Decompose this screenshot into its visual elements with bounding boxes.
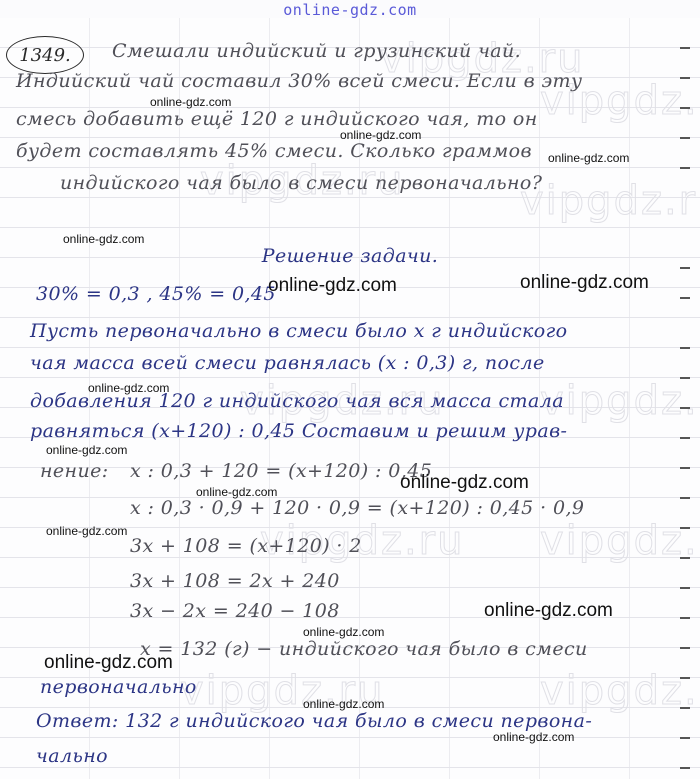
- problem-line: Индийский чай составил 30% всей смеси. Е…: [16, 70, 660, 92]
- watermark: online-gdz.com: [63, 232, 144, 246]
- answer-line: Ответ: 132 г индийского чая было в смеси…: [36, 710, 660, 732]
- equation-line: 3x + 108 = 2x + 240: [130, 570, 660, 592]
- watermark: online-gdz.com: [520, 272, 649, 294]
- problem-line: смесь добавить ещё 120 г индийского чая,…: [16, 108, 660, 130]
- watermark: online-gdz.com: [548, 151, 629, 165]
- watermark: online-gdz.com: [303, 697, 384, 711]
- equation-line: первоначально: [40, 676, 660, 698]
- equation-line: 3x + 108 = (x+120) · 2: [130, 535, 660, 557]
- solution-line: равняться (x+120) : 0,45 Составим и реши…: [30, 420, 660, 442]
- watermark: online-gdz.com: [303, 625, 384, 639]
- watermark: online-gdz.com: [268, 275, 397, 297]
- answer-line: чально: [36, 745, 660, 767]
- watermark: online-gdz.com: [484, 600, 613, 622]
- problem-line: индийского чая было в смеси первоначальн…: [60, 172, 660, 194]
- equation-line: x : 0,3 · 0,9 + 120 · 0,9 = (x+120) : 0,…: [130, 497, 660, 519]
- solution-line: Пусть первоначально в смеси было x г инд…: [30, 320, 660, 342]
- watermark: online-gdz.com: [46, 524, 127, 538]
- equation-line: x : 0,3 + 120 = (x+120) : 0,45: [130, 460, 660, 482]
- watermark: online-gdz.com: [88, 381, 169, 395]
- watermark: online-gdz.com: [46, 443, 127, 457]
- solution-title: Решение задачи.: [0, 245, 700, 267]
- problem-number: 1349.: [6, 36, 84, 74]
- equation-line: x = 132 (г) − индийского чая было в смес…: [140, 638, 660, 660]
- watermark: online-gdz.com: [400, 472, 529, 494]
- watermark: online-gdz.com: [150, 95, 231, 109]
- header-watermark: online-gdz.com: [0, 1, 700, 19]
- watermark: online-gdz.com: [340, 128, 421, 142]
- watermark: online-gdz.com: [44, 652, 173, 674]
- watermark: online-gdz.com: [196, 485, 277, 499]
- solution-line: чая масса всей смеси равнялась (x : 0,3)…: [30, 352, 660, 374]
- watermark: online-gdz.com: [493, 730, 574, 744]
- problem-line: Смешали индийский и грузинский чай.: [112, 40, 660, 62]
